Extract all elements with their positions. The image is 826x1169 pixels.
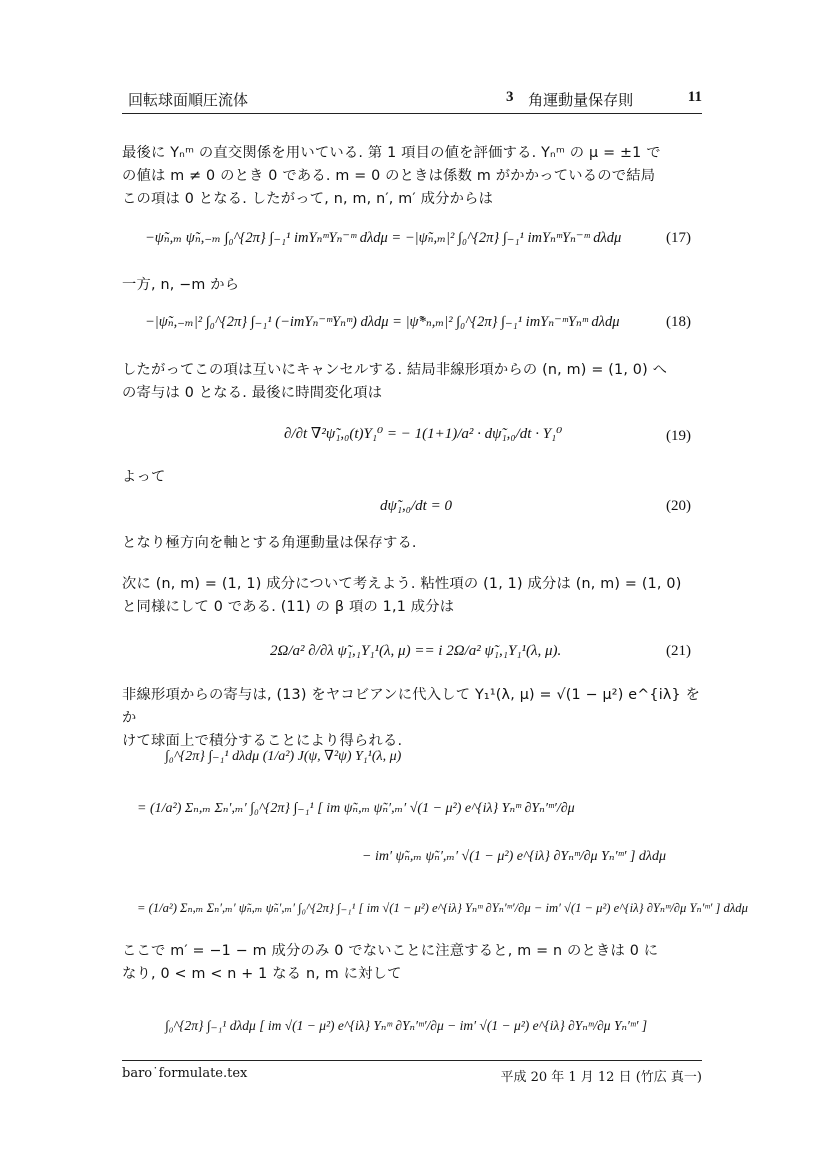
footer-filename: baro˙formulate.tex	[122, 1066, 247, 1081]
derivation-line-4: = (1/a²) Σₙ,ₘ Σₙ′,ₘ′ ψ̃ₙ,ₘ ψ̃ₙ′,ₘ′ ∫₀^{2…	[137, 900, 748, 916]
header-rule	[122, 113, 702, 114]
text-line: なり, 0 < m < n + 1 なる n, m に対して	[122, 963, 704, 986]
paragraph-8: ここで m′ = −1 − m 成分のみ 0 でないことに注意すると, m = …	[122, 940, 704, 986]
page-number: 11	[688, 89, 702, 110]
paragraph-5: となり極方向を軸とする角運動量は保存する.	[122, 532, 704, 555]
equation-number: (19)	[666, 428, 691, 445]
text-line: となり極方向を軸とする角運動量は保存する.	[122, 532, 704, 555]
paragraph-7: 非線形項からの寄与は, (13) をヤコビアンに代入して Y₁¹(λ, μ) =…	[122, 684, 704, 753]
running-header-title: 回転球面順圧流体	[128, 89, 248, 110]
equation-19: ∂/∂t ∇²ψ̃₁,₀(t)Y₁⁰ = − 1(1+1)/a² · dψ̃₁,…	[284, 424, 562, 443]
equation-18: −|ψ̃ₙ,₋ₘ|² ∫₀^{2π} ∫₋₁¹ (−imYₙ⁻ᵐYₙᵐ) dλd…	[145, 314, 620, 331]
text-line: ここで m′ = −1 − m 成分のみ 0 でないことに注意すると, m = …	[122, 940, 704, 963]
section-title: 角運動量保存則	[528, 89, 633, 110]
section-number: 3	[506, 89, 514, 110]
text-line: の寄与は 0 となる. 最後に時間変化項は	[122, 382, 704, 405]
paragraph-2: 一方, n, −m から	[122, 274, 704, 297]
footer-rule	[122, 1060, 702, 1061]
text-line: の値は m ≠ 0 のとき 0 である. m = 0 のときは係数 m がかかっ…	[122, 165, 704, 188]
equation-number: (20)	[666, 498, 691, 515]
text-line: したがってこの項は互いにキャンセルする. 結局非線形項からの (n, m) = …	[122, 359, 704, 382]
equation-rhs: = − 1(1+1)/a² · dψ̃₁,₀/dt · Y₁⁰	[387, 426, 562, 442]
derivation-line-3: − im′ ψ̃ₙ,ₘ ψ̃ₙ′,ₘ′ √(1 − μ²) e^{iλ} ∂Yₙ…	[362, 848, 666, 865]
derivation-line-1: ∫₀^{2π} ∫₋₁¹ dλdμ (1/a²) J(ψ, ∇²ψ) Y₁¹(λ…	[165, 748, 401, 765]
text-line: この項は 0 となる. したがって, n, m, n′, m′ 成分からは	[122, 188, 704, 211]
derivation-line-2: = (1/a²) Σₙ,ₘ Σₙ′,ₘ′ ∫₀^{2π} ∫₋₁¹ [ im ψ…	[137, 800, 575, 817]
text-line: 一方, n, −m から	[122, 274, 704, 297]
equation-lhs: ∂/∂t ∇²ψ̃₁,₀(t)Y₁⁰	[284, 426, 383, 442]
text-line: よって	[122, 466, 704, 489]
running-header-section: 3 角運動量保存則 11	[506, 89, 702, 110]
equation-number: (17)	[666, 230, 691, 247]
paragraph-4: よって	[122, 466, 704, 489]
paragraph-1: 最後に Yₙᵐ の直交関係を用いている. 第 1 項目の値を評価する. Yₙᵐ …	[122, 142, 704, 211]
paragraph-6: 次に (n, m) = (1, 1) 成分について考えよう. 粘性項の (1, …	[122, 573, 704, 619]
footer-date-author: 平成 20 年 1 月 12 日 (竹広 真一)	[498, 1066, 702, 1085]
equation-17: −ψ̃ₙ,ₘ ψ̃ₙ,₋ₘ ∫₀^{2π} ∫₋₁¹ imYₙᵐYₙ⁻ᵐ dλd…	[145, 230, 621, 247]
final-integral: ∫₀^{2π} ∫₋₁¹ dλdμ [ im √(1 − μ²) e^{iλ} …	[165, 1018, 647, 1034]
text-line: と同様にして 0 である. (11) の β 項の 1,1 成分は	[122, 596, 704, 619]
equation-20: dψ̃₁,₀/dt = 0	[380, 498, 452, 515]
text-line: 非線形項からの寄与は, (13) をヤコビアンに代入して Y₁¹(λ, μ) =…	[122, 684, 704, 730]
text-line: 次に (n, m) = (1, 1) 成分について考えよう. 粘性項の (1, …	[122, 573, 704, 596]
paragraph-3: したがってこの項は互いにキャンセルする. 結局非線形項からの (n, m) = …	[122, 359, 704, 405]
equation-number: (18)	[666, 314, 691, 331]
equation-21: 2Ω/a² ∂/∂λ ψ̃₁,₁Y₁¹(λ, μ) == i 2Ω/a² ψ̃₁…	[270, 643, 561, 660]
equation-number: (21)	[666, 643, 691, 660]
text-line: 最後に Yₙᵐ の直交関係を用いている. 第 1 項目の値を評価する. Yₙᵐ …	[122, 142, 704, 165]
